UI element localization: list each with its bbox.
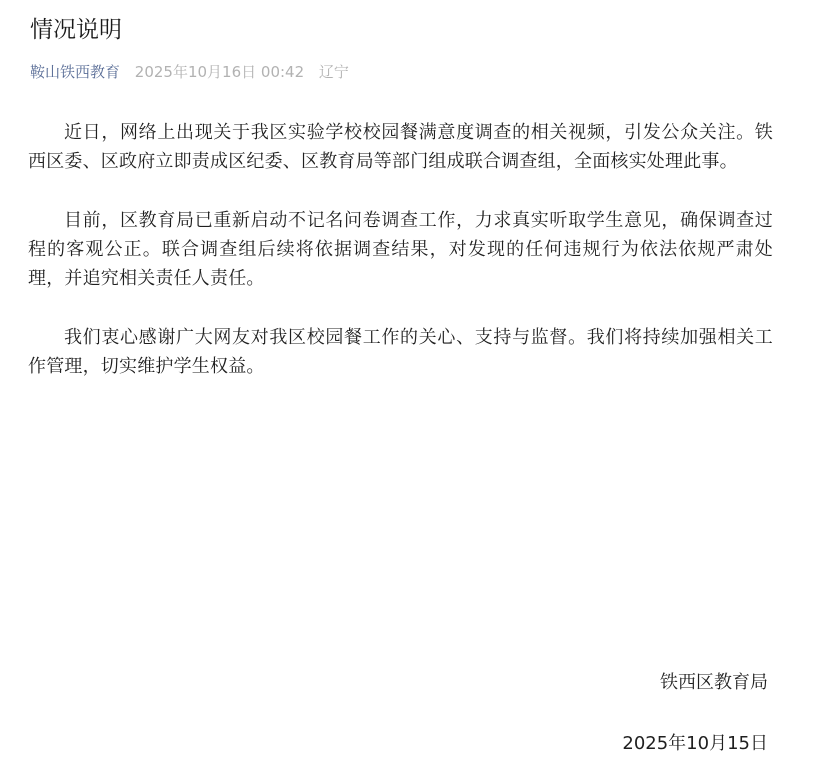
paragraph-2: 目前，区教育局已重新启动不记名问卷调查工作，力求真实听取学生意见，确保调查过程的… — [28, 206, 773, 293]
article-body: 近日，网络上出现关于我区实验学校校园餐满意度调查的相关视频，引发公众关注。铁西区… — [28, 118, 773, 411]
signature-organization: 铁西区教育局 — [660, 668, 768, 697]
article-title: 情况说明 — [30, 14, 122, 46]
publish-time: 2025年10月16日 00:42 — [135, 63, 304, 81]
signature-date: 2025年10月15日 — [622, 729, 768, 758]
account-name-link[interactable]: 鞍山铁西教育 — [30, 63, 120, 81]
article-meta: 鞍山铁西教育 2025年10月16日 00:42 辽宁 — [30, 61, 349, 83]
paragraph-1: 近日，网络上出现关于我区实验学校校园餐满意度调查的相关视频，引发公众关注。铁西区… — [28, 118, 773, 176]
publish-location: 辽宁 — [319, 63, 349, 81]
paragraph-3: 我们衷心感谢广大网友对我区校园餐工作的关心、支持与监督。我们将持续加强相关工作管… — [28, 323, 773, 381]
